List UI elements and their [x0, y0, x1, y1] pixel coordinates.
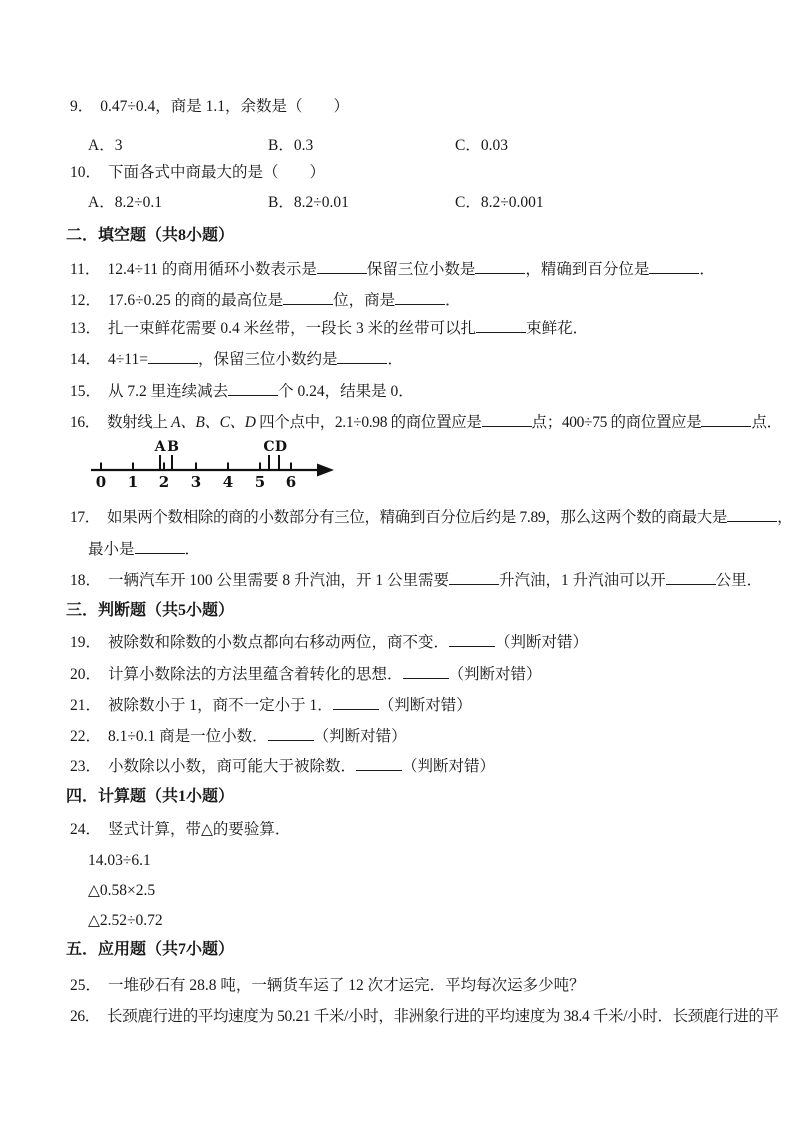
option-a: A．3: [88, 136, 122, 156]
answer-blank: [395, 291, 445, 305]
question-12: 12．17.6÷0.25 的商的最高位是位，商是．: [70, 291, 461, 311]
question-text: 长颈鹿行进的平均速度为 50.21 千米/小时，非洲象行进的平均速度为 38.4…: [107, 1008, 779, 1025]
question-number: 21．: [70, 697, 101, 714]
judge-label: （判断对错）: [402, 758, 495, 775]
question-number: 12．: [70, 292, 101, 309]
tick-label: 5: [255, 473, 265, 490]
question-number: 25．: [70, 977, 101, 994]
question-text: 最小是: [88, 541, 135, 558]
question-text: 一堆砂石有 28.8 吨，一辆货车运了 12 次才运完．平均每次运多少吨？: [108, 977, 585, 994]
tick-label: 4: [223, 473, 233, 490]
tick-label: 2: [159, 473, 169, 490]
question-text: 点；400÷75 的商位置应是: [532, 414, 702, 431]
tick-label: 1: [128, 473, 138, 490]
question-9: 9．0.47÷0.4，商是 1.1，余数是（ ）: [70, 97, 349, 117]
question-text: ，精确到百分位是: [525, 261, 649, 278]
point-d-label: D: [275, 439, 287, 455]
question-text: 点．: [751, 414, 781, 431]
question-10-options: A．8.2÷0.1 B．8.2÷0.01 C．8.2÷0.001: [70, 193, 750, 213]
answer-blank: [449, 633, 495, 647]
answer-blank: [649, 260, 699, 274]
point-b-label: B: [167, 439, 179, 455]
question-number: 24．: [70, 821, 101, 838]
question-number: 9．: [70, 98, 93, 115]
answer-blank: [449, 571, 499, 585]
question-number: 11．: [70, 261, 100, 278]
question-17: 17．如果两个数相除的商的小数部分有三位，精确到百分位后约是 7.89，那么这两…: [70, 508, 792, 528]
section-3-header: 三．判断题（共5小题）: [66, 601, 234, 621]
question-text: 被除数小于 1，商不一定小于 1．: [108, 697, 333, 714]
question-text: 0.47÷0.4，商是 1.1，余数是（ ）: [100, 98, 349, 115]
question-17-continued: 最小是．: [88, 540, 200, 560]
question-number: 17．: [70, 509, 100, 526]
question-text: 17.6÷0.25 的商的最高位是: [108, 292, 283, 309]
expression-1: 14.03÷6.1: [88, 851, 151, 871]
question-text: 计算小数除法的方法里蕴含着转化的思想．: [108, 666, 403, 683]
question-24: 24．竖式计算，带△的要验算．: [70, 820, 290, 840]
question-text: 4÷11=: [108, 351, 148, 368]
tick-label: 0: [96, 473, 106, 490]
section-4-header: 四．计算题（共1小题）: [66, 787, 234, 807]
question-text: 8.1÷0.1 商是一位小数．: [108, 728, 268, 745]
question-number: 26．: [70, 1008, 100, 1025]
answer-blank: [701, 413, 751, 427]
question-14: 14．4÷11=，保留三位小数约是．: [70, 350, 403, 370]
judge-label: （判断对错）: [495, 634, 588, 651]
expression-3: △2.52÷0.72: [88, 911, 163, 931]
question-text: 束鲜花．: [526, 320, 588, 337]
question-text: 升汽油，1 升汽油可以开: [499, 572, 666, 589]
question-26: 26．长颈鹿行进的平均速度为 50.21 千米/小时，非洲象行进的平均速度为 3…: [70, 1007, 779, 1027]
answer-blank: [482, 413, 532, 427]
question-number: 18．: [70, 572, 101, 589]
answer-blank: [268, 727, 314, 741]
section-5-header: 五．应用题（共7小题）: [66, 940, 234, 960]
question-25: 25．一堆砂石有 28.8 吨，一辆货车运了 12 次才运完．平均每次运多少吨？: [70, 976, 585, 996]
question-number: 13．: [70, 320, 101, 337]
option-c: C．8.2÷0.001: [455, 193, 544, 213]
question-number: 20．: [70, 666, 101, 683]
point-letters: A、B、C、D: [171, 414, 256, 431]
judge-label: （判断对错）: [314, 728, 407, 745]
question-13: 13．扎一束鲜花需要 0.4 米丝带，一段长 3 米的丝带可以扎束鲜花．: [70, 319, 588, 339]
question-text: 数射线上: [107, 414, 171, 431]
question-text: 保留三位小数是: [367, 261, 476, 278]
option-c: C．0.03: [455, 136, 508, 156]
judge-label: （判断对错）: [379, 697, 472, 714]
question-text: 一辆汽车开 100 公里需要 8 升汽油，开 1 公里需要: [108, 572, 449, 589]
question-11: 11．12.4÷11 的商用循环小数表示是保留三位小数是，精确到百分位是．: [70, 260, 715, 280]
judge-label: （判断对错）: [449, 666, 542, 683]
question-text: 如果两个数相除的商的小数部分有三位，精确到百分位后约是 7.89，那么这两个数的…: [107, 509, 727, 526]
question-text: 12.4÷11 的商用循环小数表示是: [107, 261, 316, 278]
answer-blank: [356, 757, 402, 771]
answer-blank: [666, 571, 716, 585]
arrow-right-icon: [317, 464, 334, 477]
question-text: 扎一束鲜花需要 0.4 米丝带，一段长 3 米的丝带可以扎: [108, 320, 476, 337]
point-a-label: A: [154, 439, 167, 455]
question-text: 个 0.24，结果是 0．: [278, 383, 414, 400]
question-18: 18．一辆汽车开 100 公里需要 8 升汽油，开 1 公里需要升汽油，1 升汽…: [70, 571, 762, 591]
answer-blank: [317, 260, 367, 274]
section-2-header: 二．填空题（共8小题）: [66, 226, 234, 246]
question-15: 15．从 7.2 里连续减去个 0.24，结果是 0．: [70, 382, 414, 402]
option-b: B．8.2÷0.01: [268, 193, 349, 213]
question-number: 15．: [70, 383, 101, 400]
answer-blank: [333, 696, 379, 710]
question-number: 14．: [70, 351, 101, 368]
point-c-label: C: [263, 439, 274, 455]
tick-label: 6: [286, 473, 296, 490]
question-number: 22．: [70, 728, 101, 745]
question-number: 23．: [70, 758, 101, 775]
expression-2: △0.58×2.5: [88, 881, 155, 901]
question-text: ．: [387, 351, 403, 368]
answer-blank: [135, 540, 185, 554]
question-23: 23．小数除以小数，商可能大于被除数．（判断对错）: [70, 757, 495, 777]
number-line-diagram: A B C D 0 1 2 3 4 5 6: [88, 432, 340, 490]
question-text: ．: [699, 261, 715, 278]
question-number: 10．: [70, 164, 101, 181]
answer-blank: [476, 319, 526, 333]
question-text: 位，商是: [333, 292, 395, 309]
question-text: ．: [185, 541, 201, 558]
question-text: ．: [445, 292, 461, 309]
option-a: A．8.2÷0.1: [88, 193, 162, 213]
question-text: 下面各式中商最大的是（ ）: [108, 164, 325, 181]
question-number: 16．: [70, 414, 100, 431]
question-21: 21．被除数小于 1，商不一定小于 1．（判断对错）: [70, 696, 472, 716]
question-19: 19．被除数和除数的小数点都向右移动两位，商不变．（判断对错）: [70, 633, 588, 653]
question-number: 19．: [70, 634, 101, 651]
option-b: B．0.3: [268, 136, 313, 156]
question-text: 竖式计算，带△的要验算．: [108, 821, 290, 838]
question-text: 小数除以小数，商可能大于被除数．: [108, 758, 356, 775]
question-text: ，保留三位小数约是: [198, 351, 338, 368]
answer-blank: [148, 350, 198, 364]
question-text: 公里．: [716, 572, 763, 589]
question-10: 10．下面各式中商最大的是（ ）: [70, 163, 325, 183]
answer-blank: [475, 260, 525, 274]
question-text: 被除数和除数的小数点都向右移动两位，商不变．: [108, 634, 449, 651]
question-text: ，: [777, 509, 792, 526]
question-20: 20．计算小数除法的方法里蕴含着转化的思想．（判断对错）: [70, 665, 542, 685]
answer-blank: [283, 291, 333, 305]
question-9-options: A．3 B．0.3 C．0.03: [70, 136, 750, 156]
question-16: 16．数射线上 A、B、C、D 四个点中，2.1÷0.98 的商位置应是点；40…: [70, 413, 782, 433]
question-text: 四个点中，2.1÷0.98 的商位置应是: [256, 414, 482, 431]
question-text: 从 7.2 里连续减去: [108, 383, 228, 400]
question-22: 22．8.1÷0.1 商是一位小数．（判断对错）: [70, 727, 407, 747]
answer-blank: [403, 665, 449, 679]
answer-blank: [727, 508, 777, 522]
answer-blank: [228, 382, 278, 396]
answer-blank: [337, 350, 387, 364]
tick-label: 3: [191, 473, 201, 490]
